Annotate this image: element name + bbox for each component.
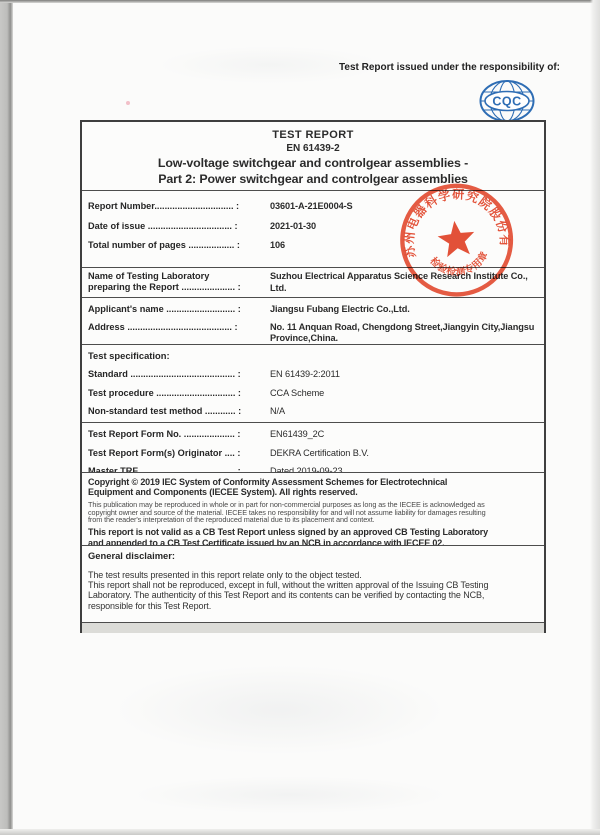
non-standard-method-row: Non-standard test method ............ : … (88, 406, 544, 418)
address-row: Address ................................… (88, 322, 544, 345)
total-pages-label: Total number of pages ..................… (88, 240, 270, 252)
general-disclaimer-block: General disclaimer: The test results pre… (82, 545, 544, 622)
standard-row: Standard ...............................… (88, 369, 544, 381)
standard-number: EN 61439-2 (82, 142, 544, 155)
test-specification-heading: Test specification: (88, 350, 544, 361)
trf-originator-label: Test Report Form(s) Originator .... : (88, 448, 270, 460)
copyright-notice-line2: Equipment and Components (IECEE System).… (88, 487, 538, 497)
responsibility-statement: Test Report issued under the responsibil… (339, 62, 560, 73)
test-procedure-value: CCA Scheme (270, 388, 544, 400)
non-standard-method-value: N/A (270, 406, 544, 418)
testing-laboratory-label-line1: Name of Testing Laboratory (88, 271, 209, 281)
table-footer-strip (82, 622, 544, 633)
report-number-label: Report Number...........................… (88, 201, 270, 213)
testing-laboratory-label: Name of Testing Laboratory preparing the… (88, 271, 270, 293)
svg-text:检验检测专用章: 检验检测专用章 (426, 248, 493, 282)
scan-edge-top (0, 0, 600, 3)
disclaimer-line1: The test results presented in this repor… (88, 570, 538, 580)
scan-edge-bottom (0, 829, 600, 835)
scan-edge-right (590, 0, 600, 835)
disclaimer-line3: Laboratory. The authenticity of this Tes… (88, 590, 538, 600)
disclaimer-line2: This report shall not be reproduced, exc… (88, 580, 538, 590)
trf-originator-row: Test Report Form(s) Originator .... : DE… (88, 448, 544, 460)
scan-bleedthrough (60, 650, 500, 770)
cb-validity-line1: This report is not valid as a CB Test Re… (88, 527, 538, 537)
scan-speck (126, 101, 130, 105)
address-value: No. 11 Anquan Road, Chengdong Street,Jia… (270, 322, 544, 345)
standard-value: EN 61439-2:2011 (270, 369, 544, 381)
non-standard-method-label: Non-standard test method ............ : (88, 406, 270, 418)
seal-star-icon (436, 219, 477, 258)
general-disclaimer-heading: General disclaimer: (88, 550, 538, 561)
copyright-block: Copyright © 2019 IEC System of Conformit… (82, 472, 544, 545)
seal-bottom-text: 检验检测专用章 (426, 248, 493, 282)
date-of-issue-label: Date of issue ..........................… (88, 221, 270, 233)
copyright-notice-line1: Copyright © 2019 IEC System of Conformit… (88, 477, 538, 487)
copyright-terms-line3: from the reader's interpretation of the … (88, 516, 538, 524)
test-procedure-label: Test procedure .........................… (88, 388, 270, 400)
scanned-page: Test Report issued under the responsibil… (0, 0, 600, 835)
standard-name-line1: Low-voltage switchgear and controlgear a… (82, 155, 544, 171)
disclaimer-line4: responsible for this Test Report. (88, 601, 538, 611)
trf-originator-value: DEKRA Certification B.V. (270, 448, 544, 460)
testing-laboratory-label-line2: preparing the Report ...................… (88, 282, 241, 292)
trf-number-label: Test Report Form No. ...................… (88, 429, 270, 441)
address-label: Address ................................… (88, 322, 270, 334)
report-title: TEST REPORT (82, 128, 544, 142)
applicant-name-label: Applicant's name .......................… (88, 304, 270, 316)
cb-validity-line2: and appended to a CB Test Certificate is… (88, 538, 538, 545)
trf-block: Test Report Form No. ...................… (82, 422, 544, 472)
trf-number-value: EN61439_2C (270, 429, 544, 441)
standard-label: Standard ...............................… (88, 369, 270, 381)
trf-number-row: Test Report Form No. ...................… (88, 429, 544, 441)
applicant-name-row: Applicant's name .......................… (88, 304, 544, 316)
red-company-seal: 苏州电器科学研究院股份有限公司 检验检测专用章 (387, 173, 527, 313)
cqc-logo-text: CQC (492, 95, 521, 109)
scan-bleedthrough (80, 770, 500, 820)
test-specification-block: Test specification: Standard ...........… (82, 344, 544, 422)
test-procedure-row: Test procedure .........................… (88, 388, 544, 400)
scan-edge-left (0, 0, 13, 835)
cqc-globe-icon: CQC (478, 79, 536, 123)
